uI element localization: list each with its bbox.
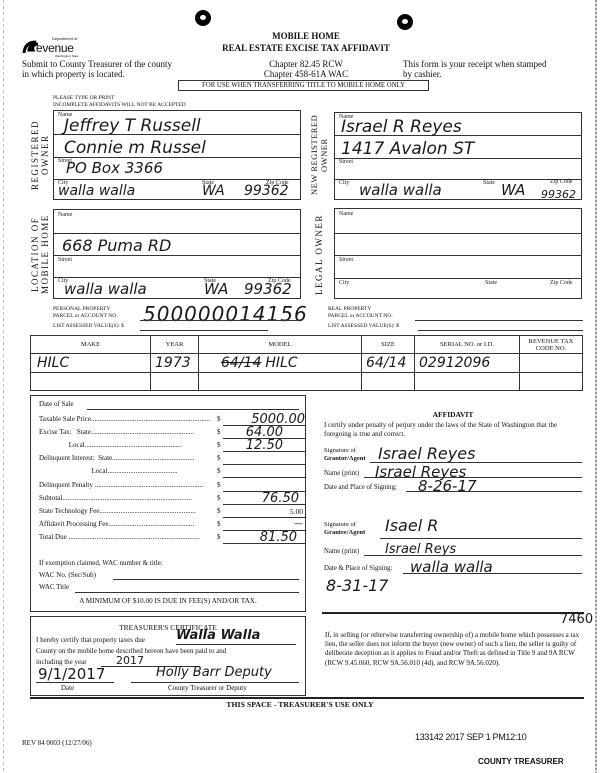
location-city[interactable]: walla walla — [64, 280, 147, 298]
fees-box: Date of Sale Taxable Sale Price.........… — [30, 395, 306, 612]
receipt-note: This form is your receipt when stamped b… — [403, 59, 546, 79]
transfer-banner: FOR USE WHEN TRANSFERRING TITLE TO MOBIL… — [178, 80, 429, 91]
treasurer-date[interactable]: 9/1/2017 — [38, 665, 105, 683]
new-registered-owner-label: NEW REGISTERED OWNER — [309, 112, 331, 198]
new-owner-name[interactable]: Israel R Reyes — [341, 117, 462, 137]
treasurer-county[interactable]: Walla Walla — [176, 628, 260, 643]
vehicle-make[interactable]: HILC — [31, 354, 151, 372]
wac-title-field[interactable] — [75, 592, 299, 593]
legal-owner-label: LEGAL OWNER — [314, 210, 328, 300]
chapter-refs: Chapter 82.45 RCW Chapter 458-61A WAC — [190, 59, 422, 79]
handwritten-number: 7460 — [560, 612, 593, 627]
treasurer-signature[interactable]: Holly Barr Deputy — [156, 665, 272, 680]
grantor-date-place[interactable]: 8-26-17 — [418, 477, 477, 495]
affidavit-section: AFFIDAVIT I certify under penalty of per… — [324, 410, 582, 439]
punch-hole-left — [195, 10, 211, 26]
registered-owner-city[interactable]: walla walla — [58, 183, 135, 199]
vehicle-serial[interactable]: 02912096 — [415, 354, 520, 372]
delinquent-interest-local-value[interactable] — [223, 467, 305, 478]
minimum-note: A MINIMUM OF $10.00 IS DUE IN FEE(S) AND… — [31, 597, 305, 605]
instructions: PLEASE TYPE OR PRINT INCOMPLETE AFFIDAVI… — [53, 95, 186, 109]
grantor-signature-label: Signature of Grantor/Agent — [324, 447, 366, 463]
fee-row-state-technology-fee: State Technology Fee....................… — [39, 507, 297, 519]
affidavit-divider — [322, 612, 584, 614]
registered-owner-zip[interactable]: 99362 — [244, 183, 289, 199]
location-box: Name 668 Puma RD Street City walla walla… — [53, 209, 301, 299]
registered-owner-name-2[interactable]: Connie m Russel — [64, 138, 206, 158]
punch-hole-right — [397, 14, 413, 30]
personal-assessed-value-field[interactable] — [140, 330, 268, 331]
grantee-signature-label: Signature of Grantee/Agent — [324, 521, 365, 537]
vehicle-model[interactable]: 64/14HILC — [199, 354, 362, 372]
excise-tax-local-value[interactable]: 12.50 — [223, 441, 305, 452]
vehicle-tax-code[interactable] — [520, 354, 583, 372]
form-number: REV 84 0003 (12/27/06) — [22, 739, 92, 747]
scan-edge-right — [595, 0, 597, 773]
revenue-logo: Department of evenue Washington State — [22, 36, 86, 58]
fee-row-delinquent-interest-local: Local...................................… — [39, 467, 297, 479]
location-zip[interactable]: 99362 — [244, 280, 292, 298]
submit-note: Submit to County Treasurer of the county… — [22, 59, 172, 79]
fee-row-subtotal: Subtotal................................… — [39, 494, 297, 506]
location-label: LOCATION OF MOBILE HOME — [30, 208, 52, 300]
date-of-sale-field[interactable] — [87, 409, 299, 410]
grantee-signature[interactable]: Isael R — [385, 516, 438, 535]
registered-owner-label: REGISTERED OWNER — [30, 112, 52, 198]
real-property-account-field[interactable] — [415, 320, 583, 321]
scan-edge-left — [3, 0, 4, 773]
treasurer-use-only: THIS SPACE - TREASURER'S USE ONLY — [0, 700, 600, 709]
location-state[interactable]: WA — [204, 280, 228, 298]
county-treasurer-stamp: COUNTY TREASURER — [478, 757, 564, 766]
treasurer-certificate-box: TREASURER'S CERTIFICATE I hereby certify… — [30, 616, 306, 696]
registered-owner-state[interactable]: WA — [202, 183, 225, 199]
new-owner-address[interactable]: 1417 Avalon ST — [341, 139, 474, 159]
real-assessed-value-field[interactable] — [418, 330, 583, 331]
delinquent-interest-state-value[interactable] — [223, 454, 305, 465]
vehicle-table: MAKE YEAR MODEL SIZE SERIAL NO. or I.D. … — [30, 335, 583, 391]
vehicle-size[interactable]: 64/14 — [362, 354, 415, 372]
treasurer-space-divider — [30, 697, 584, 699]
fee-row-delinquent-interest-state: Delinquent Interest: State..............… — [39, 454, 297, 466]
real-property-label: REAL PROPERTY PARCEL or ACCOUNT NO. — [328, 306, 393, 320]
new-registered-owner-box: Name Israel R Reyes 1417 Avalon ST Stree… — [334, 112, 582, 200]
legal-owner-box: Name Street City State Zip Code — [334, 208, 582, 299]
logo-wordmark: evenue — [36, 41, 74, 55]
lien-warning: If, in selling (or otherwise transferrin… — [325, 631, 587, 668]
vehicle-year[interactable]: 1973 — [151, 354, 199, 372]
state-technology-fee-value[interactable]: 5.00 — [223, 507, 305, 518]
grantee-date[interactable]: 8-31-17 — [326, 576, 388, 595]
fee-row-delinquent-penalty: Delinquent Penalty .....................… — [39, 481, 297, 493]
cashier-stamp: 133142 2017 SEP 1 PM12:10 — [415, 732, 526, 742]
registered-owner-name-1[interactable]: Jeffrey T Russell — [64, 116, 201, 136]
new-owner-zip[interactable]: 99362 — [541, 188, 576, 201]
personal-property-label: PERSONAL PROPERTY PARCEL or ACCOUNT NO. — [53, 306, 118, 320]
registered-owner-street[interactable]: PO Box 3366 — [66, 159, 163, 177]
form-title: MOBILE HOME REAL ESTATE EXCISE TAX AFFID… — [190, 30, 422, 54]
grantor-signature[interactable]: Israel Reyes — [378, 444, 475, 463]
personal-property-account-no[interactable]: 500000014156 — [143, 302, 308, 326]
fee-row-excise-local: Local...................................… — [39, 441, 297, 453]
fee-row-total-due: Total Due ..............................… — [39, 533, 297, 545]
new-owner-city[interactable]: walla walla — [359, 181, 442, 199]
wac-no-field[interactable] — [113, 579, 299, 580]
total-due-value[interactable]: 81.50 — [223, 533, 305, 544]
new-owner-state[interactable]: WA — [501, 181, 525, 199]
fee-row-affidavit-processing-fee: Affidavit Processing Fee................… — [39, 520, 297, 532]
subtotal-value[interactable]: 76.50 — [223, 494, 305, 505]
location-address[interactable]: 668 Puma RD — [62, 236, 171, 255]
registered-owner-box: Name Jeffrey T Russell Connie m Russel S… — [53, 110, 301, 200]
